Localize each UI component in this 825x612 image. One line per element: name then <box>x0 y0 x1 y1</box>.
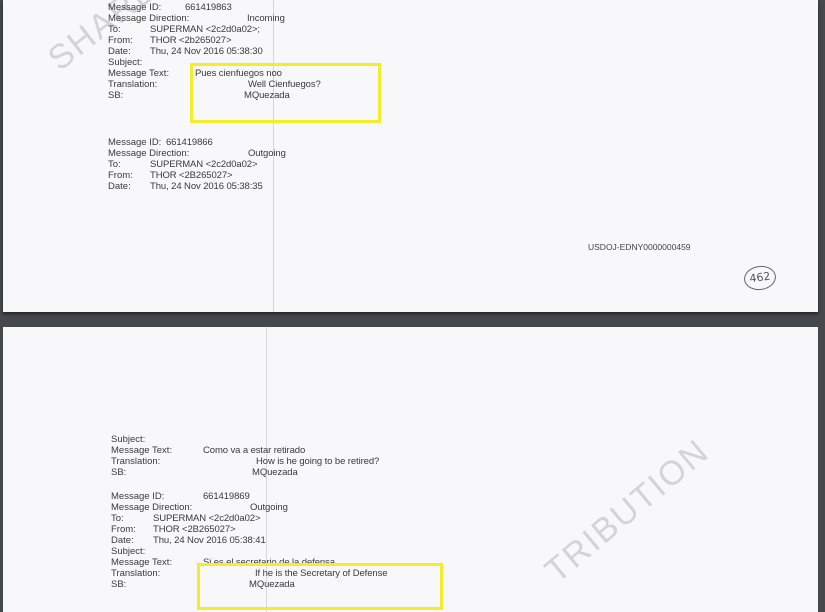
translation-label: Translation: <box>111 568 160 579</box>
direction-label: Message Direction: <box>111 502 192 513</box>
message-id: 661419863 <box>185 2 232 13</box>
watermark: TRIBUTION <box>538 432 717 591</box>
to: SUPERMAN <2c2d0a02> <box>153 513 260 524</box>
message-id-label: Message ID: <box>108 137 161 148</box>
document-page-1: SHARED DE Message ID: 661419863 Message … <box>3 0 818 312</box>
message-text-label: Message Text: <box>111 557 172 568</box>
direction-label: Message Direction: <box>108 13 189 24</box>
message-id-label: Message ID: <box>111 491 164 502</box>
direction: Outgoing <box>248 148 286 159</box>
translation: How is he going to be retired? <box>256 456 379 467</box>
date: Thu, 24 Nov 2016 05:38:35 <box>150 181 263 192</box>
to-label: To: <box>108 159 121 170</box>
from-label: From: <box>108 35 133 46</box>
subject-label: Subject: <box>108 57 142 68</box>
translation-label: Translation: <box>108 79 157 90</box>
sb-label: SB: <box>108 90 123 101</box>
message-text-label: Message Text: <box>111 445 172 456</box>
subject-label: Subject: <box>111 434 145 445</box>
from: THOR <2b265027> <box>150 35 231 46</box>
bates-number: USDOJ-EDNY0000000459 <box>588 242 691 252</box>
from-label: From: <box>108 170 133 181</box>
sb-label: SB: <box>111 579 126 590</box>
handwritten-page-number: 462 <box>742 264 777 292</box>
sb-label: SB: <box>111 467 126 478</box>
message-id: 661419869 <box>203 491 250 502</box>
direction-label: Message Direction: <box>108 148 189 159</box>
document-page-2: TRIBUTION Subject: Message Text: Como va… <box>3 327 818 612</box>
message-id-label: Message ID: <box>108 2 161 13</box>
date: Thu, 24 Nov 2016 05:38:41 <box>153 535 266 546</box>
date-label: Date: <box>111 535 134 546</box>
translation-label: Translation: <box>111 456 160 467</box>
date-label: Date: <box>108 46 131 57</box>
to: SUPERMAN <2c2d0a02>; <box>150 24 260 35</box>
direction: Outgoing <box>250 502 288 513</box>
subject-label: Subject: <box>111 546 145 557</box>
date-label: Date: <box>108 181 131 192</box>
highlight-box <box>190 63 381 123</box>
to-label: To: <box>108 24 121 35</box>
direction: Incoming <box>247 13 285 24</box>
from: THOR <2B265027> <box>150 170 232 181</box>
message-text-label: Message Text: <box>108 68 169 79</box>
from: THOR <2B265027> <box>153 524 235 535</box>
to-label: To: <box>111 513 124 524</box>
message-text: Como va a estar retirado <box>203 445 305 456</box>
from-label: From: <box>111 524 136 535</box>
message-id: 661419866 <box>166 137 213 148</box>
to: SUPERMAN <2c2d0a02> <box>150 159 257 170</box>
date: Thu, 24 Nov 2016 05:38:30 <box>150 46 263 57</box>
highlight-box <box>197 563 443 610</box>
sb: MQuezada <box>252 467 298 478</box>
